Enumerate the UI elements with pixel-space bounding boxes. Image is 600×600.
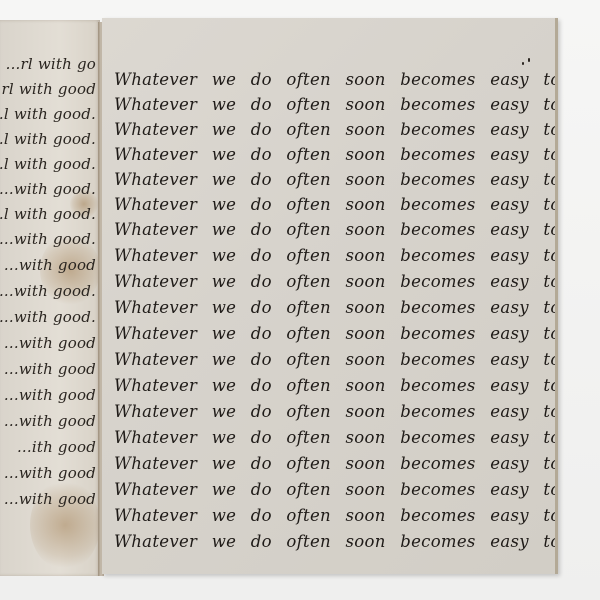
ink-speck xyxy=(528,58,530,62)
handwritten-line: ...with good. xyxy=(0,230,96,248)
handwritten-line: Whatever we do often soon becomes easy t… xyxy=(114,402,558,421)
handwritten-line: ...with good. xyxy=(0,180,96,198)
ink-speck xyxy=(522,62,524,65)
handwritten-line: ...with good xyxy=(4,334,96,352)
handwritten-line: Whatever we do often soon becomes easy t… xyxy=(114,195,558,214)
handwritten-line: ...with good. xyxy=(0,308,96,326)
handwritten-line: Whatever we do often soon becomes easy t… xyxy=(114,95,558,114)
handwritten-line: Whatever we do often soon becomes easy t… xyxy=(114,298,558,317)
handwritten-line: Whatever we do often soon becomes easy t… xyxy=(114,145,558,164)
handwritten-line: ...rl with go xyxy=(6,55,96,73)
handwritten-line: Whatever we do often soon becomes easy t… xyxy=(114,70,558,89)
handwritten-line: ...l with good. xyxy=(0,105,96,123)
handwritten-line: ...ith good xyxy=(17,438,96,456)
handwritten-line: Whatever we do often soon becomes easy t… xyxy=(114,324,558,343)
handwritten-line: ...l with good. xyxy=(0,155,96,173)
handwritten-line: ...with good xyxy=(4,386,96,404)
handwritten-line: ...with good xyxy=(4,464,96,482)
handwritten-line: Whatever we do often soon becomes easy t… xyxy=(114,428,558,447)
handwritten-line: Whatever we do often soon becomes easy t… xyxy=(114,170,558,189)
handwritten-line: Whatever we do often soon becomes easy t… xyxy=(114,350,558,369)
handwritten-line: Whatever we do often soon becomes easy t… xyxy=(114,220,558,239)
handwritten-line: Whatever we do often soon becomes easy t… xyxy=(114,272,558,291)
handwritten-line: ...l with good. xyxy=(0,130,96,148)
left-page: ...rl with go ...rl with good ...l with … xyxy=(0,20,100,576)
handwritten-line: Whatever we do often soon becomes easy t… xyxy=(114,454,558,473)
handwritten-line: Whatever we do often soon becomes easy t… xyxy=(114,532,558,551)
handwritten-line: ...rl with good xyxy=(0,80,96,98)
handwritten-line: ...with good xyxy=(4,490,96,508)
handwritten-line: Whatever we do often soon becomes easy t… xyxy=(114,480,558,499)
handwritten-line: ...with good xyxy=(4,412,96,430)
right-page: Whatever we do often soon becomes easy t… xyxy=(102,18,558,574)
handwritten-line: Whatever we do often soon becomes easy t… xyxy=(114,246,558,265)
handwritten-line: ...with good xyxy=(4,360,96,378)
handwritten-line: Whatever we do often soon becomes easy t… xyxy=(114,376,558,395)
handwritten-line: ...with good. xyxy=(0,282,96,300)
handwritten-line: Whatever we do often soon becomes easy t… xyxy=(114,120,558,139)
handwritten-line: ...l with good. xyxy=(0,205,96,223)
handwritten-line: ...with good xyxy=(4,256,96,274)
handwritten-line: Whatever we do often soon becomes easy t… xyxy=(114,506,558,525)
